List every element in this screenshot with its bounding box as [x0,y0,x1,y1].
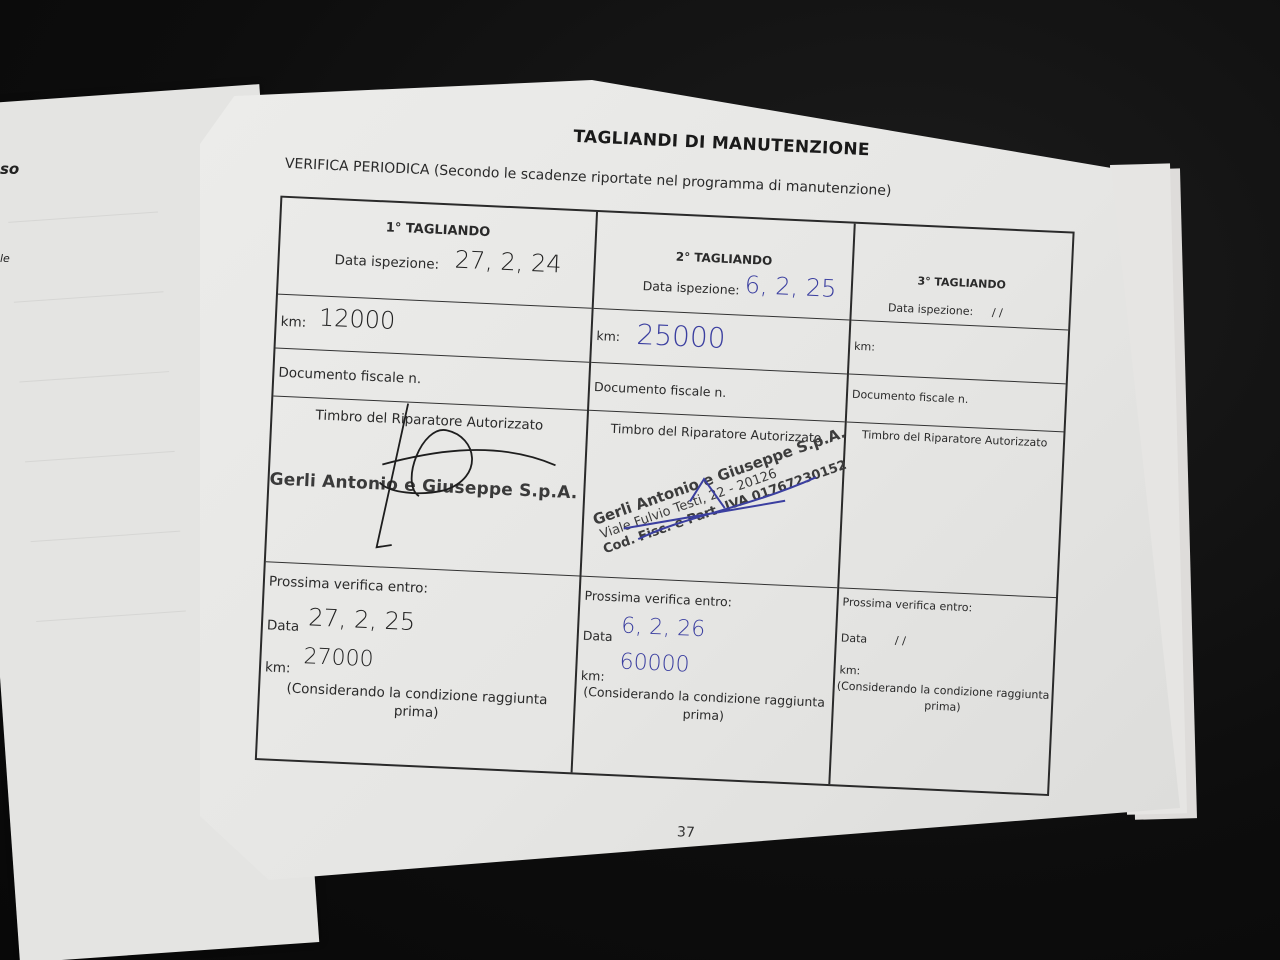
service-heading: 2° TAGLIANDO [596,246,852,272]
faded-line [36,610,186,621]
service-column-2: 2° TAGLIANDO Data ispezione: 6, 2, 25 km… [573,212,856,784]
next-km-label: km: [265,659,291,676]
stamp-label: Timbro del Riparatore Autorizzato [272,405,586,435]
next-km-label: km: [581,668,605,684]
faded-line [14,291,164,302]
row-divider [276,348,590,363]
stamp-label: Timbro del Riparatore Autorizzato [846,427,1063,450]
next-date-label: Data [267,617,300,634]
next-date-value[interactable]: 6, 2, 26 [621,613,706,642]
row-divider [594,308,850,321]
inspection-date-label: Data ispezione: [888,301,974,318]
service-column-3: 3° TAGLIANDO Data ispezione: / / km: Doc… [830,224,1072,794]
row-divider [266,561,580,576]
next-date-label: Data [582,628,613,644]
inspection-date-value[interactable]: / / [992,306,1004,319]
next-check-label: Prossima verifica entro: [842,596,972,615]
stamp-address: Viale Fulvio Testi, 22 - 20126 [598,440,852,542]
km-label: km: [854,340,875,354]
page-subtitle: VERIFICA PERIODICA (Secondo le scadenze … [285,156,892,200]
fiscal-document-label: Documento fiscale n. [852,388,969,406]
maintenance-form-table: 1° TAGLIANDO Data ispezione: 27, 2, 24 k… [255,196,1075,796]
inspection-date-label: Data ispezione: [334,252,439,273]
next-date-value[interactable]: 27, 2, 25 [308,603,416,636]
service-heading: 1° TAGLIANDO [281,216,595,245]
km-label: km: [596,328,620,344]
faded-line [19,371,169,382]
next-date-label: Data [841,631,868,645]
faded-line [31,531,181,542]
dealer-stamp: Gerli Antonio e Giuseppe S.p.A. Viale Fu… [590,423,857,557]
km-label: km: [280,314,306,331]
next-check-label: Prossima verifica entro: [584,588,732,610]
next-date-value[interactable]: / / [895,634,907,647]
row-divider [589,410,845,423]
row-divider [581,576,837,589]
next-km-value[interactable]: 27000 [303,644,374,672]
km-value[interactable]: 25000 [636,318,726,355]
row-divider [851,320,1068,331]
left-page-heading-fragment: so [0,160,19,178]
fiscal-document-label: Documento fiscale n. [278,365,422,387]
next-km-label: km: [839,663,860,677]
left-page-text-fragment: le [0,252,10,265]
faded-line [25,451,175,462]
row-divider [849,374,1066,385]
fiscal-document-label: Documento fiscale n. [594,379,727,400]
service-heading: 3° TAGLIANDO [853,272,1070,295]
page-number: 37 [677,824,696,841]
inspection-date-value[interactable]: 6, 2, 25 [744,271,837,303]
next-km-value[interactable]: 60000 [619,649,690,677]
dealer-stamp: Gerli Antonio e Giuseppe S.p.A. [269,469,578,503]
faded-line [8,211,158,222]
next-check-label: Prossima verifica entro: [269,573,429,596]
km-value[interactable]: 12000 [318,303,396,334]
maintenance-page: TAGLIANDI DI MANUTENZIONE VERIFICA PERIO… [236,95,1110,892]
row-divider [591,362,847,375]
service-column-1: 1° TAGLIANDO Data ispezione: 27, 2, 24 k… [257,198,598,773]
page-title: TAGLIANDI DI MANUTENZIONE [573,127,870,160]
inspection-date-value[interactable]: 27, 2, 24 [454,246,562,279]
inspection-date-label: Data ispezione: [642,278,740,297]
